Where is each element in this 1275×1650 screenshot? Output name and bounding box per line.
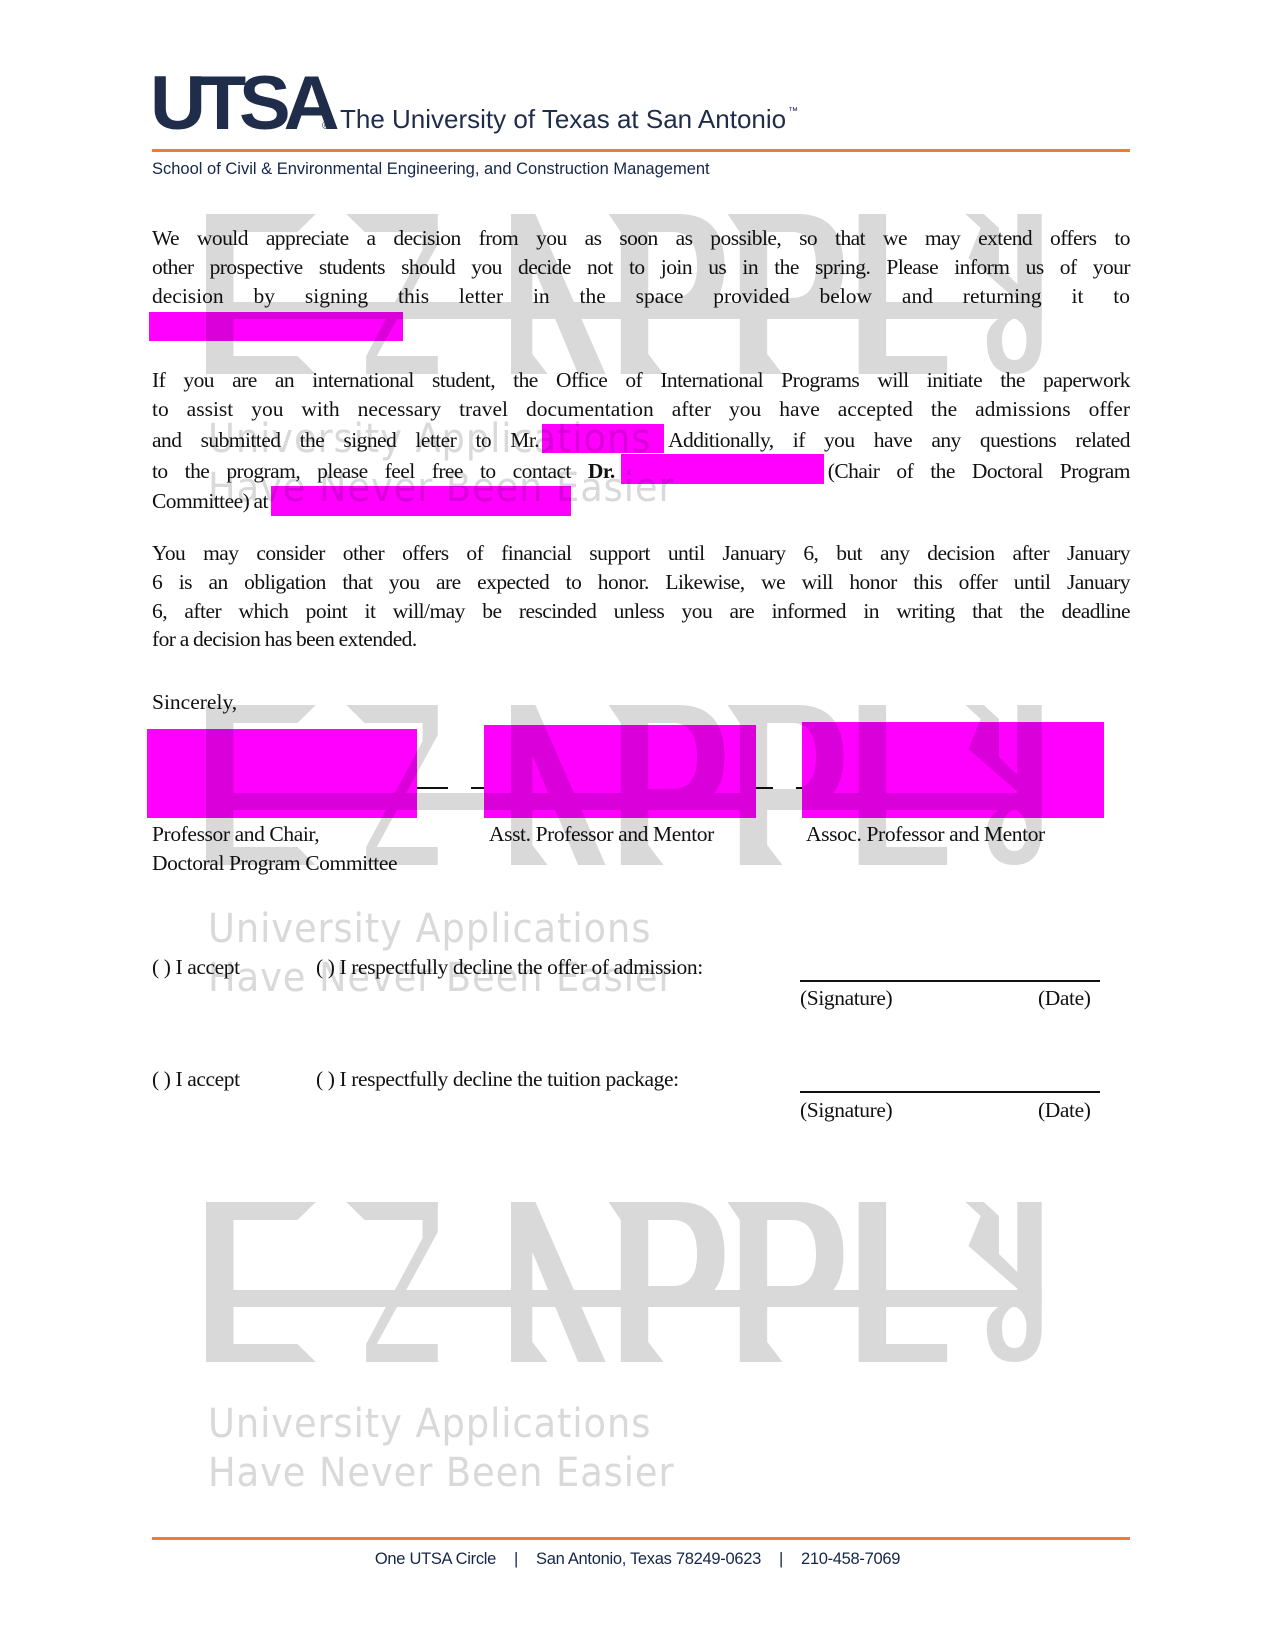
text-line [152, 310, 1130, 341]
footer-contact: One UTSA Circle|San Antonio, Texas 78249… [0, 1550, 1275, 1569]
redacted-mr-name [542, 424, 664, 453]
text-line: We would appreciate a decision from you … [152, 224, 1130, 253]
redacted-contact [271, 486, 571, 516]
footer-separator: | [514, 1550, 518, 1569]
title-line: Professor and Chair, [152, 820, 397, 849]
footer-phone: 210-458-7069 [801, 1550, 900, 1568]
date-caption: (Date) [1038, 1096, 1091, 1125]
university-name: The University of Texas at San Antonio™ [340, 106, 798, 132]
registered-mark: ® [322, 120, 330, 132]
decline-tuition-option[interactable]: ( ) I respectfully decline the tuition p… [316, 1065, 679, 1094]
title-line: Doctoral Program Committee [152, 849, 397, 878]
tuition-signature-line[interactable] [800, 1091, 1100, 1093]
date-caption: (Date) [1038, 984, 1091, 1013]
text-line: to assist you with necessary travel docu… [152, 395, 1130, 424]
text-line: other prospective students should you de… [152, 253, 1130, 282]
school-name: School of Civil & Environmental Engineer… [152, 160, 710, 179]
admission-signature-line[interactable] [800, 980, 1100, 982]
redacted-signature-assoc-mentor [802, 722, 1104, 818]
signatory-title-assoc: Assoc. Professor and Mentor [806, 820, 1045, 849]
university-name-text: The University of Texas at San Antonio [340, 104, 786, 134]
text-line: Committee) at [152, 486, 1130, 516]
text-line: decision by signing this letter in the s… [152, 282, 1130, 311]
accept-admission-option[interactable]: ( ) I accept [152, 953, 240, 982]
watermark-tagline-2: Have Never Been Easier [208, 1449, 675, 1498]
text-bold: Dr. [588, 459, 615, 483]
text-segment: (Chair of the Doctoral Program [828, 459, 1130, 483]
paragraph-decision-request: We would appreciate a decision from you … [152, 224, 1130, 341]
header-rule [152, 149, 1130, 152]
signature-line [471, 787, 485, 789]
ez-apply-logo-icon [206, 1202, 1070, 1362]
redacted-dr-name [621, 454, 824, 484]
text-segment: to the program, please feel free to cont… [152, 459, 571, 483]
signature-caption: (Signature) [800, 984, 892, 1013]
trademark-mark: ™ [788, 106, 798, 117]
text-segment: Additionally, if you have any questions … [668, 428, 1130, 452]
watermark-tagline: University Applications Have Never Been … [208, 1400, 675, 1498]
footer-address: One UTSA Circle [375, 1550, 496, 1568]
signature-line [753, 787, 773, 789]
text-line: and submitted the signed letter to Mr.Ad… [152, 424, 1130, 455]
accept-tuition-option[interactable]: ( ) I accept [152, 1065, 240, 1094]
text-line: If you are an international student, the… [152, 366, 1130, 395]
signatory-title-chair: Professor and Chair, Doctoral Program Co… [152, 820, 397, 878]
title-line: Asst. Professor and Mentor [489, 820, 714, 849]
redacted-signature-chair [147, 729, 417, 818]
text-segment: and submitted the signed letter to Mr. [152, 428, 539, 452]
signature-caption: (Signature) [800, 1096, 892, 1125]
watermark-tagline-1: University Applications [208, 905, 675, 954]
text-line: for a decision has been extended. [152, 625, 1130, 654]
text-line: 6, after which point it will/may be resc… [152, 597, 1130, 626]
text-segment: Committee) at [152, 489, 268, 513]
decline-admission-option[interactable]: ( ) I respectfully decline the offer of … [316, 953, 703, 982]
footer-rule [152, 1537, 1130, 1540]
footer-city: San Antonio, Texas 78249-0623 [536, 1550, 761, 1568]
watermark-tagline-1: University Applications [208, 1400, 675, 1449]
letter-page: UTSA ® The University of Texas at San An… [0, 0, 1275, 1650]
utsa-logo: UTSA [150, 66, 332, 142]
closing: Sincerely, [152, 688, 237, 717]
redacted-signature-asst-mentor [484, 725, 756, 818]
redacted-recipient [149, 312, 403, 341]
text-line: 6 is an obligation that you are expected… [152, 568, 1130, 597]
text-line: to the program, please feel free to cont… [152, 454, 1130, 486]
paragraph-deadline: You may consider other offers of financi… [152, 539, 1130, 654]
footer-separator: | [779, 1550, 783, 1569]
paragraph-international: If you are an international student, the… [152, 366, 1130, 516]
signatory-title-asst: Asst. Professor and Mentor [489, 820, 714, 849]
text-line: You may consider other offers of financi… [152, 539, 1130, 568]
title-line: Assoc. Professor and Mentor [806, 820, 1045, 849]
